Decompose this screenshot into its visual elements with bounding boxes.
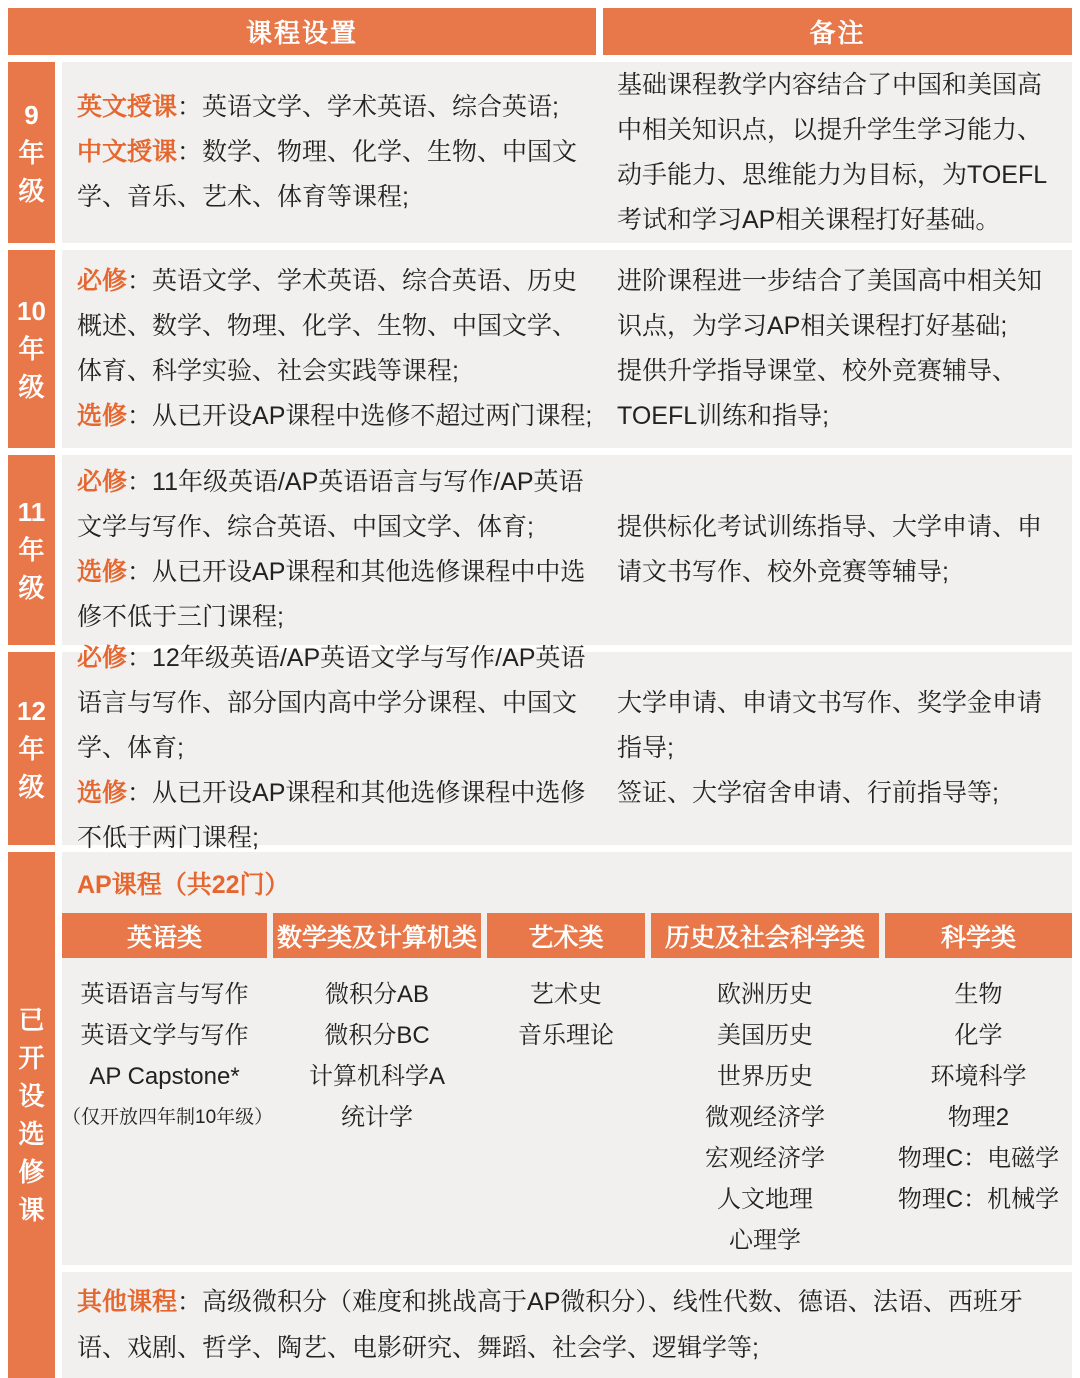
grade-11-sidebar: 11 年 级 bbox=[8, 455, 55, 645]
ap-course-item: 物理C：电磁学 bbox=[885, 1138, 1072, 1179]
ap-course-item: 宏观经济学 bbox=[651, 1138, 879, 1179]
grade-12-notes: 大学申请、申请文书写作、奖学金申请指导; 签证、大学宿舍申请、行前指导等; bbox=[607, 652, 1072, 845]
course-text: ：12年级英语/AP英语文学与写作/AP英语语言与写作、部分国内高中学分课程、中… bbox=[77, 644, 585, 762]
electives-row: 已 开 设 选 修 课 AP课程（共22门） 英语类 数学类及计算机类 艺术类 … bbox=[8, 852, 1072, 1378]
ap-category-header-row: 英语类 数学类及计算机类 艺术类 历史及社会科学类 科学类 bbox=[62, 913, 1072, 958]
grade-9-courses: 英文授课：英语文学、学术英语、综合英语; 中文授课：数学、物理、化学、生物、中国… bbox=[62, 62, 607, 243]
grade-10-notes: 进阶课程进一步结合了美国高中相关知识点，为学习AP相关课程打好基础; 提供升学指… bbox=[607, 250, 1072, 448]
electives-char: 选 bbox=[18, 1115, 44, 1153]
ap-arts-list: 艺术史 音乐理论 bbox=[487, 974, 645, 1261]
note-text: 基础课程教学内容结合了中国和美国高中相关知识点，以提升学生学习能力、动手能力、思… bbox=[617, 63, 1058, 243]
course-label: 必修 bbox=[77, 267, 127, 295]
ap-course-item: 微积分AB bbox=[273, 974, 481, 1015]
grade-12-char: 年 bbox=[18, 730, 44, 768]
other-courses-line: 其他课程：高级微积分（难度和挑战高于AP微积分）、线性代数、德语、法语、西班牙语… bbox=[77, 1279, 1056, 1371]
grade-10-cell: 必修：英语文学、学术英语、综合英语、历史概述、数学、物理、化学、生物、中国文学、… bbox=[62, 250, 1072, 448]
grade-11-char: 级 bbox=[18, 569, 44, 607]
grade-row-11: 11 年 级 必修：11年级英语/AP英语语言与写作/AP英语文学与写作、综合英… bbox=[8, 455, 1072, 645]
course-line: 必修：英语文学、学术英语、综合英语、历史概述、数学、物理、化学、生物、中国文学、… bbox=[77, 259, 597, 394]
course-line: 选修：从已开设AP课程和其他选修课程中中选修不低于三门课程; bbox=[77, 550, 597, 640]
electives-content: AP课程（共22门） 英语类 数学类及计算机类 艺术类 历史及社会科学类 科学类… bbox=[62, 852, 1072, 1378]
ap-course-item: 微积分BC bbox=[273, 1015, 481, 1056]
grade-11-cell: 必修：11年级英语/AP英语语言与写作/AP英语文学与写作、综合英语、中国文学、… bbox=[62, 455, 1072, 645]
course-text: ：从已开设AP课程和其他选修课程中选修不低于两门课程; bbox=[77, 779, 585, 852]
course-text: ：从已开设AP课程中选修不超过两门课程; bbox=[127, 402, 592, 430]
ap-course-item: 心理学 bbox=[651, 1220, 879, 1261]
electives-char: 修 bbox=[18, 1153, 44, 1191]
course-label: 选修 bbox=[77, 779, 127, 807]
ap-course-item: 英语文学与写作 bbox=[62, 1015, 267, 1056]
course-line: 必修：12年级英语/AP英语文学与写作/AP英语语言与写作、部分国内高中学分课程… bbox=[77, 636, 597, 771]
curriculum-table: 课程设置 备注 9 年 级 英文授课：英语文学、学术英语、综合英语; 中文授课：… bbox=[0, 0, 1080, 1378]
ap-course-lists: 英语语言与写作 英语文学与写作 AP Capstone* （仅开放四年制10年级… bbox=[62, 974, 1072, 1261]
grade-row-9: 9 年 级 英文授课：英语文学、学术英语、综合英语; 中文授课：数学、物理、化学… bbox=[8, 62, 1072, 243]
grade-9-char: 级 bbox=[18, 172, 44, 210]
ap-section: AP课程（共22门） 英语类 数学类及计算机类 艺术类 历史及社会科学类 科学类… bbox=[62, 852, 1072, 1265]
course-line: 必修：11年级英语/AP英语语言与写作/AP英语文学与写作、综合英语、中国文学、… bbox=[77, 460, 597, 550]
ap-course-item: 化学 bbox=[885, 1015, 1072, 1056]
note-text: 提供标化考试训练指导、大学申请、申请文书写作、校外竞赛等辅导; bbox=[617, 505, 1058, 595]
ap-category-arts: 艺术类 bbox=[487, 913, 645, 958]
grade-11-char: 11 bbox=[18, 493, 46, 531]
grade-9-char: 年 bbox=[18, 134, 44, 172]
ap-category-math-cs: 数学类及计算机类 bbox=[273, 913, 481, 958]
ap-course-item-note: （仅开放四年制10年级） bbox=[62, 1097, 267, 1138]
ap-course-item: 生物 bbox=[885, 974, 1072, 1015]
other-courses-section: 其他课程：高级微积分（难度和挑战高于AP微积分）、线性代数、德语、法语、西班牙语… bbox=[62, 1272, 1072, 1378]
grade-9-notes: 基础课程教学内容结合了中国和美国高中相关知识点，以提升学生学习能力、动手能力、思… bbox=[607, 62, 1072, 243]
ap-category-english: 英语类 bbox=[62, 913, 267, 958]
grade-11-courses: 必修：11年级英语/AP英语语言与写作/AP英语文学与写作、综合英语、中国文学、… bbox=[62, 455, 607, 645]
table-header-row: 课程设置 备注 bbox=[8, 8, 1072, 55]
course-text: ：英语文学、学术英语、综合英语; bbox=[177, 93, 559, 121]
course-text: ：从已开设AP课程和其他选修课程中中选修不低于三门课程; bbox=[77, 558, 585, 631]
grade-11-char: 年 bbox=[18, 531, 44, 569]
ap-course-item: 微观经济学 bbox=[651, 1097, 879, 1138]
grade-10-sidebar: 10 年 级 bbox=[8, 250, 55, 448]
ap-category-science: 科学类 bbox=[885, 913, 1072, 958]
grade-12-char: 级 bbox=[18, 768, 44, 806]
ap-course-item: 音乐理论 bbox=[487, 1015, 645, 1056]
grade-10-char: 10 bbox=[17, 292, 46, 330]
grade-9-sidebar: 9 年 级 bbox=[8, 62, 55, 243]
ap-course-item: 计算机科学A bbox=[273, 1056, 481, 1097]
note-text: 提供升学指导课堂、校外竞赛辅导、TOEFL训练和指导; bbox=[617, 349, 1058, 439]
ap-course-item: 欧洲历史 bbox=[651, 974, 879, 1015]
electives-char: 开 bbox=[18, 1039, 44, 1077]
course-text: ：英语文学、学术英语、综合英语、历史概述、数学、物理、化学、生物、中国文学、体育… bbox=[77, 267, 577, 385]
grade-10-char: 级 bbox=[18, 368, 44, 406]
ap-course-item: 环境科学 bbox=[885, 1056, 1072, 1097]
course-line: 英文授课：英语文学、学术英语、综合英语; bbox=[77, 85, 597, 130]
ap-course-item: 统计学 bbox=[273, 1097, 481, 1138]
electives-char: 已 bbox=[18, 1001, 44, 1039]
grade-10-char: 年 bbox=[18, 330, 44, 368]
course-label: 选修 bbox=[77, 558, 127, 586]
ap-math-cs-list: 微积分AB 微积分BC 计算机科学A 统计学 bbox=[273, 974, 481, 1261]
ap-course-item: 艺术史 bbox=[487, 974, 645, 1015]
grade-11-notes: 提供标化考试训练指导、大学申请、申请文书写作、校外竞赛等辅导; bbox=[607, 455, 1072, 645]
ap-category-history-social: 历史及社会科学类 bbox=[651, 913, 879, 958]
grade-12-courses: 必修：12年级英语/AP英语文学与写作/AP英语语言与写作、部分国内高中学分课程… bbox=[62, 652, 607, 845]
grade-row-10: 10 年 级 必修：英语文学、学术英语、综合英语、历史概述、数学、物理、化学、生… bbox=[8, 250, 1072, 448]
course-text: ：11年级英语/AP英语语言与写作/AP英语文学与写作、综合英语、中国文学、体育… bbox=[77, 468, 584, 541]
ap-english-list: 英语语言与写作 英语文学与写作 AP Capstone* （仅开放四年制10年级… bbox=[62, 974, 267, 1261]
course-label: 必修 bbox=[77, 644, 127, 672]
course-label: 必修 bbox=[77, 468, 127, 496]
header-cell-courses: 课程设置 bbox=[8, 8, 596, 55]
course-line: 选修：从已开设AP课程和其他选修课程中选修不低于两门课程; bbox=[77, 771, 597, 861]
grade-10-courses: 必修：英语文学、学术英语、综合英语、历史概述、数学、物理、化学、生物、中国文学、… bbox=[62, 250, 607, 448]
ap-course-item: AP Capstone* bbox=[62, 1056, 267, 1097]
ap-course-item: 人文地理 bbox=[651, 1179, 879, 1220]
course-line: 选修：从已开设AP课程中选修不超过两门课程; bbox=[77, 394, 597, 439]
note-text: 大学申请、申请文书写作、奖学金申请指导; bbox=[617, 681, 1058, 771]
ap-section-title: AP课程（共22门） bbox=[62, 864, 1072, 906]
course-label: 英文授课 bbox=[77, 93, 177, 121]
ap-science-list: 生物 化学 环境科学 物理2 物理C：电磁学 物理C：机械学 bbox=[885, 974, 1072, 1261]
electives-sidebar: 已 开 设 选 修 课 bbox=[8, 852, 55, 1378]
grade-12-sidebar: 12 年 级 bbox=[8, 652, 55, 845]
ap-history-social-list: 欧洲历史 美国历史 世界历史 微观经济学 宏观经济学 人文地理 心理学 bbox=[651, 974, 879, 1261]
grade-row-12: 12 年 级 必修：12年级英语/AP英语文学与写作/AP英语语言与写作、部分国… bbox=[8, 652, 1072, 845]
note-text: 签证、大学宿舍申请、行前指导等; bbox=[617, 771, 1058, 816]
header-cell-remarks: 备注 bbox=[603, 8, 1072, 55]
electives-char: 课 bbox=[18, 1191, 44, 1229]
ap-course-item: 世界历史 bbox=[651, 1056, 879, 1097]
ap-course-item: 英语语言与写作 bbox=[62, 974, 267, 1015]
ap-course-item: 物理2 bbox=[885, 1097, 1072, 1138]
course-line: 中文授课：数学、物理、化学、生物、中国文学、音乐、艺术、体育等课程; bbox=[77, 130, 597, 220]
course-label: 中文授课 bbox=[77, 138, 177, 166]
grade-12-cell: 必修：12年级英语/AP英语文学与写作/AP英语语言与写作、部分国内高中学分课程… bbox=[62, 652, 1072, 845]
other-courses-text: ：高级微积分（难度和挑战高于AP微积分）、线性代数、德语、法语、西班牙语、戏剧、… bbox=[77, 1288, 1023, 1362]
ap-course-item: 美国历史 bbox=[651, 1015, 879, 1056]
electives-char: 设 bbox=[18, 1077, 44, 1115]
ap-course-item: 物理C：机械学 bbox=[885, 1179, 1072, 1220]
grade-9-char: 9 bbox=[24, 96, 38, 134]
grade-12-char: 12 bbox=[17, 692, 46, 730]
note-text: 进阶课程进一步结合了美国高中相关知识点，为学习AP相关课程打好基础; bbox=[617, 259, 1058, 349]
course-label: 选修 bbox=[77, 402, 127, 430]
grade-9-cell: 英文授课：英语文学、学术英语、综合英语; 中文授课：数学、物理、化学、生物、中国… bbox=[62, 62, 1072, 243]
other-courses-label: 其他课程 bbox=[77, 1288, 177, 1316]
